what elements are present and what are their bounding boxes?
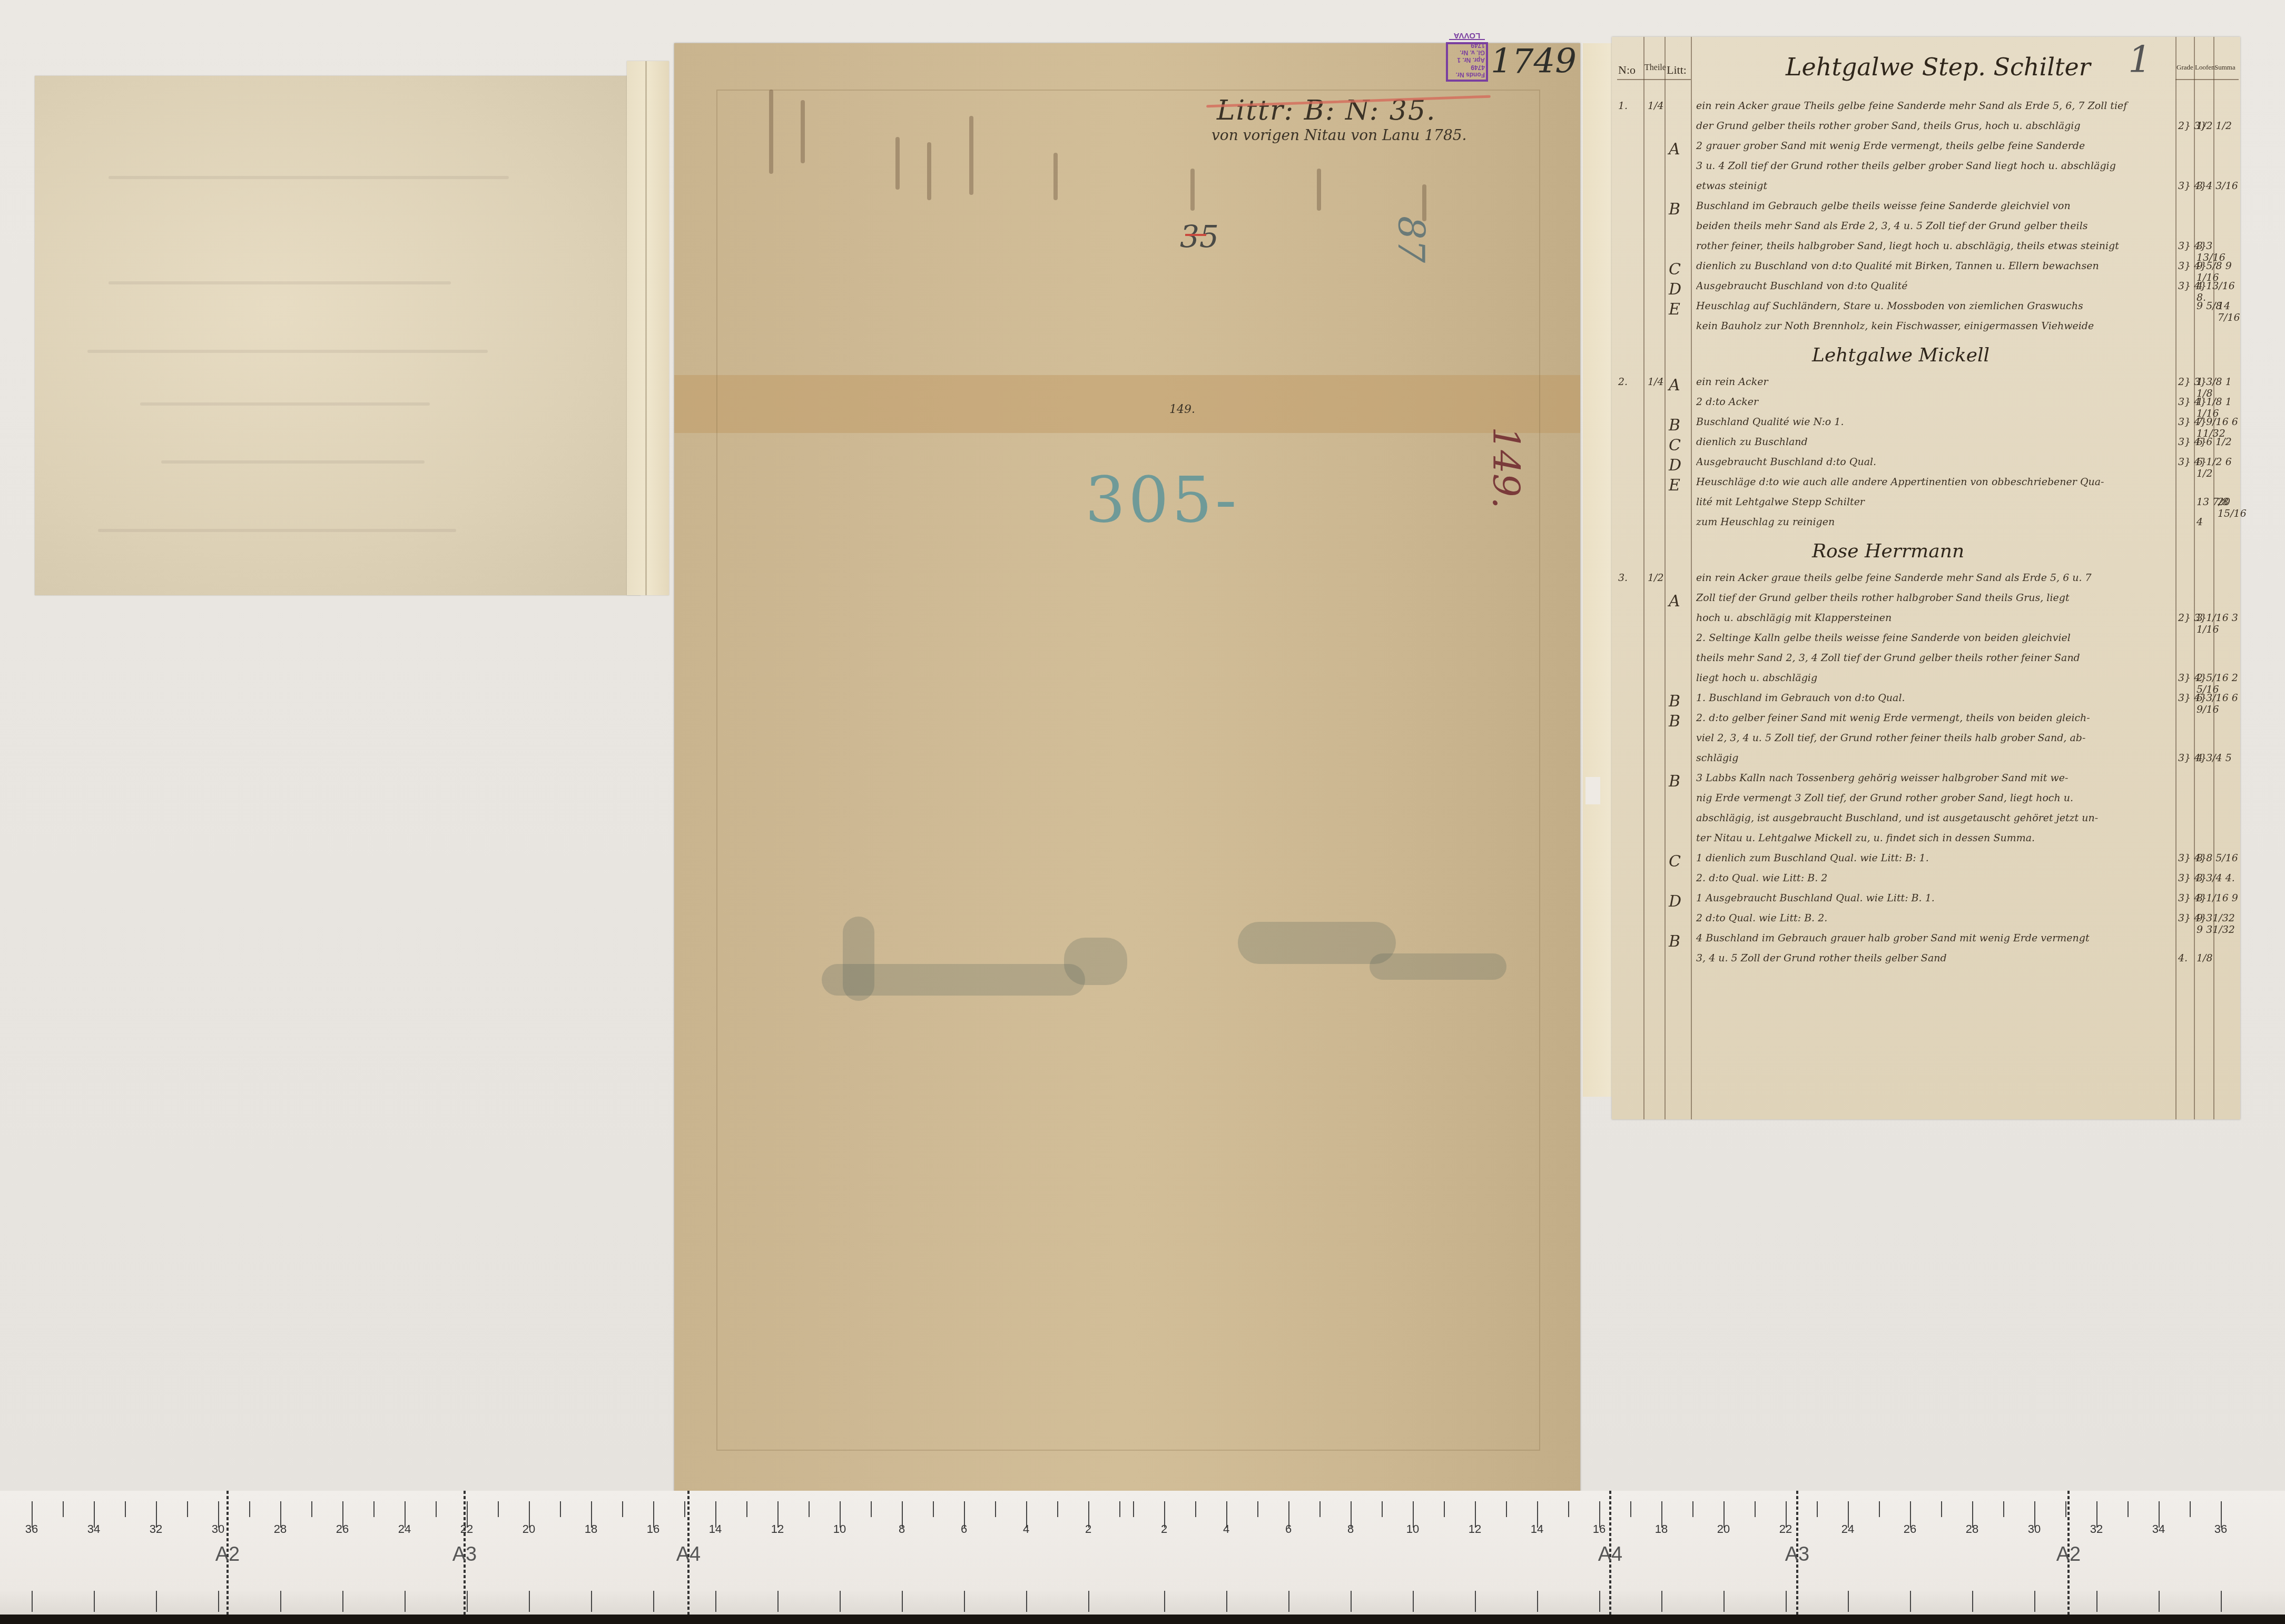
ruler-number: 30	[2028, 1522, 2041, 1536]
ruler-tick	[995, 1501, 996, 1517]
ruler-number: 14	[1531, 1522, 1543, 1536]
ruler-number: 6	[1285, 1522, 1292, 1536]
binding-strip-left	[627, 61, 669, 595]
cell-txt: 1 Ausgebraucht Buschland Qual. wie Litt:…	[1696, 892, 2165, 904]
column-header-litt: Litt:	[1667, 63, 1687, 77]
column-header-summa: Summa	[2214, 63, 2235, 72]
ruler-tick	[311, 1501, 312, 1517]
stamp-line: Gl. v. Nr. 1749	[1460, 42, 1485, 56]
ruler-tick	[373, 1501, 375, 1517]
ruler-tick	[840, 1591, 841, 1612]
paper-size-label: A3	[1785, 1543, 1809, 1566]
ruler-number: 12	[771, 1522, 784, 1536]
column-header-loofen: Loofen	[2195, 63, 2215, 72]
ruler-number: 16	[647, 1522, 659, 1536]
paper-size-label: A2	[215, 1543, 240, 1566]
cell-lit: E	[1669, 300, 1680, 319]
ruler-tick	[1288, 1591, 1289, 1612]
cell-lit: A	[1669, 376, 1680, 395]
cell-lit: C	[1669, 852, 1681, 871]
ruler-tick	[1133, 1501, 1134, 1517]
cell-txt: 3, 4 u. 5 Zoll der Grund rother theils g…	[1696, 952, 2165, 964]
ruler-tick	[2221, 1591, 2222, 1612]
ruler-number: 10	[833, 1522, 846, 1536]
cell-lit: E	[1669, 476, 1680, 495]
ruler-tick	[1195, 1501, 1196, 1517]
ruler-number: 22	[460, 1522, 473, 1536]
cell-txt: 3 Labbs Kalln nach Tossenberg gehörig we…	[1696, 772, 2165, 784]
cell-lit: B	[1669, 416, 1680, 435]
ledger-page: N:o Theile Litt: Grade Loofen Summa Leht…	[1612, 37, 2240, 1119]
header-rule	[1617, 79, 1691, 80]
ruler-shadow	[0, 1615, 2285, 1624]
cell-g2: 3 1/16 3 1/16	[2197, 612, 2240, 635]
ruler-tick	[1537, 1591, 1538, 1612]
ruler-tick	[591, 1591, 592, 1612]
cell-lit: B	[1669, 692, 1680, 711]
column-header-part: Theile	[1644, 63, 1666, 73]
ruler-number: 36	[2214, 1522, 2227, 1536]
stamp-line: Apr. Nr. 1	[1457, 56, 1485, 64]
ruler-number: 26	[336, 1522, 349, 1536]
cell-txt: 2. d:to Qual. wie Litt: B. 2	[1696, 872, 2165, 884]
ruler-tick	[1879, 1501, 1880, 1517]
ruler-tick	[529, 1591, 530, 1612]
ruler-tick	[1413, 1591, 1414, 1612]
cell-lit: D	[1669, 892, 1681, 911]
ruler-tick	[342, 1591, 343, 1612]
ruler-number: 16	[1593, 1522, 1606, 1536]
ruler-tick	[1568, 1501, 1569, 1517]
cell-txt: Buschland Qualité wie N:o 1.	[1696, 416, 2165, 428]
ruler-tick	[964, 1591, 965, 1612]
ruler-tick	[249, 1501, 250, 1517]
paper-size-label: A3	[452, 1543, 477, 1566]
ruler-tick	[653, 1591, 654, 1612]
stamp-line: Fonds Nr. 4749	[1456, 64, 1485, 78]
cell-g3: 14 7/16	[2218, 300, 2240, 323]
ruler-tick	[777, 1591, 779, 1612]
page-number: 1	[2128, 38, 2152, 81]
ruler-number: 12	[1469, 1522, 1481, 1536]
ruler-tick	[1692, 1501, 1693, 1517]
cell-lit: C	[1669, 436, 1681, 455]
column-rule	[1643, 37, 1644, 1119]
ruler-tick	[2128, 1501, 2129, 1517]
measurement-ruler: 3634323028262422201816141210864224681012…	[0, 1491, 2285, 1615]
ruler-tick	[560, 1501, 561, 1517]
bleed-through-line	[109, 176, 509, 179]
cell-txt: Ausgebraucht Buschland d:to Qual.	[1696, 456, 2165, 468]
cell-part: 1/2	[1648, 572, 1664, 584]
column-header-no: N:o	[1618, 63, 1636, 77]
paper-size-label: A4	[676, 1543, 701, 1566]
ruler-tick	[1088, 1591, 1089, 1612]
bleed-through-line	[87, 350, 488, 353]
left-faded-sheet	[35, 76, 641, 595]
cell-txt: liegt hoch u. abschlägig	[1696, 672, 2165, 684]
cell-txt: 1 dienlich zum Buschland Qual. wie Litt:…	[1696, 852, 2165, 864]
ruler-number: 4	[1223, 1522, 1229, 1536]
cell-lit: B	[1669, 772, 1680, 791]
cell-txt: kein Bauholz zur Noth Brennholz, kein Fi…	[1696, 320, 2165, 332]
cell-txt: beiden theils mehr Sand als Erde 2, 3, 4…	[1696, 220, 2165, 232]
red-vertical-number: 149.	[1484, 427, 1528, 509]
cell-g2: 8 8 5/16	[2197, 852, 2238, 864]
column-rule	[1664, 37, 1666, 1119]
ruler-number: 30	[212, 1522, 224, 1536]
ruler-number: 34	[2152, 1522, 2165, 1536]
cell-txt: ter Nitau u. Lehtgalwe Mickell zu, u. fi…	[1696, 832, 2165, 844]
ruler-number: 14	[709, 1522, 722, 1536]
cell-txt: dienlich zu Buschland von d:to Qualité m…	[1696, 260, 2165, 272]
cell-txt: schlägig	[1696, 752, 2165, 764]
ruler-tick	[933, 1501, 934, 1517]
cell-txt: abschlägig, ist ausgebraucht Buschland, …	[1696, 812, 2165, 824]
cell-g3: 20 15/16	[2218, 496, 2247, 519]
ruler-tick	[1026, 1591, 1027, 1612]
cell-lit: B	[1669, 200, 1680, 219]
ruler-tick	[1817, 1501, 1818, 1517]
cell-part: 1/4	[1648, 376, 1664, 388]
cell-txt: der Grund gelber theils rother grober Sa…	[1696, 120, 2165, 132]
ruler-number: 24	[398, 1522, 411, 1536]
cell-txt: rother feiner, theils halbgrober Sand, l…	[1696, 240, 2165, 252]
cell-g1: 4.	[2178, 952, 2188, 964]
ruler-tick	[2190, 1501, 2191, 1517]
ruler-tick	[1444, 1501, 1445, 1517]
ruler-tick	[1257, 1501, 1258, 1517]
ruler-tick	[498, 1501, 499, 1517]
ruler-number: 2	[1161, 1522, 1167, 1536]
ruler-tick	[1506, 1501, 1507, 1517]
ruler-tick	[1119, 1501, 1120, 1517]
bleed-through-line	[109, 281, 451, 284]
cell-txt: 3 u. 4 Zoll tief der Grund rother theils…	[1696, 160, 2165, 172]
ruler-number: 4	[1023, 1522, 1029, 1536]
ruler-tick	[187, 1501, 188, 1517]
cell-txt: Ausgebraucht Buschland von d:to Qualité	[1696, 280, 2165, 292]
cell-no: 1.	[1618, 100, 1628, 112]
cell-txt: 2. d:to gelber feiner Sand mit wenig Erd…	[1696, 712, 2165, 724]
ruler-tick	[32, 1591, 33, 1612]
cell-txt: ein rein Acker	[1696, 376, 2165, 388]
ruler-tick	[2096, 1591, 2097, 1612]
ruler-tick	[684, 1501, 685, 1517]
faded-pencil-scrawl	[790, 906, 1580, 1011]
ruler-number: 24	[1841, 1522, 1854, 1536]
column-header-grade: Grade	[2176, 63, 2193, 72]
cell-lit: D	[1669, 456, 1681, 475]
header-rule	[2175, 79, 2239, 80]
ruler-tick	[1910, 1591, 1911, 1612]
ruler-tick	[1755, 1501, 1756, 1517]
cell-txt: 2 d:to Qual. wie Litt: B. 2.	[1696, 912, 2165, 924]
cell-g2: 3 3/4 4.	[2197, 872, 2235, 884]
cell-txt: hoch u. abschlägig mit Klappersteinen	[1696, 612, 2165, 624]
ruler-number: 26	[1904, 1522, 1916, 1536]
cell-g2: 1/8	[2197, 952, 2213, 964]
ruler-tick	[2003, 1501, 2004, 1517]
paper-size-label: A2	[2056, 1543, 2081, 1566]
bleed-through-line	[98, 529, 456, 532]
cell-part: 1/4	[1648, 100, 1664, 112]
ruler-tick	[405, 1591, 406, 1612]
paper-size-label: A4	[1598, 1543, 1622, 1566]
cell-g2: 8 1/16 9	[2197, 892, 2238, 904]
cell-txt: viel 2, 3, 4 u. 5 Zoll tief, der Grund r…	[1696, 732, 2165, 744]
ruler-tick	[746, 1501, 747, 1517]
column-rule	[2213, 37, 2214, 1119]
ruler-tick	[871, 1501, 872, 1517]
small-page-number: 149.	[1169, 403, 1195, 416]
ruler-tick	[1319, 1501, 1321, 1517]
ruler-tick	[1941, 1501, 1942, 1517]
ruler-tick	[1661, 1591, 1662, 1612]
ruler-number: 22	[1779, 1522, 1792, 1536]
ruler-number: 20	[1717, 1522, 1730, 1536]
ruler-tick	[436, 1501, 437, 1517]
ruler-tick	[1723, 1591, 1725, 1612]
sheet-inner-frame	[716, 90, 1540, 1451]
cell-lit: B	[1669, 932, 1680, 951]
ruler-number: 8	[1347, 1522, 1354, 1536]
ruler-number: 2	[1085, 1522, 1091, 1536]
ruler-tick	[63, 1501, 64, 1517]
ruler-tick	[715, 1591, 716, 1612]
red-strikethrough	[1185, 234, 1206, 236]
cell-no: 2.	[1618, 376, 1628, 388]
ruler-tick	[2034, 1591, 2035, 1612]
ruler-tick	[94, 1591, 95, 1612]
ruler-tick	[1164, 1591, 1165, 1612]
cell-txt: theils mehr Sand 2, 3, 4 Zoll tief der G…	[1696, 652, 2165, 664]
cell-g2: 3 4 3/16	[2197, 180, 2238, 192]
ruler-tick	[1382, 1501, 1383, 1517]
bleed-through-line	[161, 460, 425, 464]
ledger-title: Lehtgalwe Step. Schilter	[1786, 53, 2091, 81]
ruler-number: 28	[1966, 1522, 1978, 1536]
section-heading: Lehtgalwe Mickell	[1812, 345, 1989, 366]
ruler-number: 34	[87, 1522, 100, 1536]
ruler-tick	[1475, 1591, 1476, 1612]
ruler-tick	[622, 1501, 623, 1517]
ink-bleed-through	[737, 90, 1580, 248]
cell-g2: 6 3/16 6 9/16	[2197, 692, 2240, 715]
cell-lit: B	[1669, 712, 1680, 731]
cell-txt: 4 Buschland im Gebrauch grauer halb grob…	[1696, 932, 2165, 944]
blue-pencil-number: 305-	[1085, 464, 1240, 537]
cell-txt: ein rein Acker graue Theils gelbe feine …	[1696, 100, 2165, 112]
cell-no: 3.	[1618, 572, 1628, 584]
cell-txt: 1. Buschland im Gebrauch von d:to Qual.	[1696, 692, 2165, 704]
ruler-tick	[218, 1591, 219, 1612]
ruler-number: 20	[523, 1522, 535, 1536]
ruler-number: 10	[1406, 1522, 1419, 1536]
column-rule	[1691, 37, 1692, 1119]
cell-txt: Zoll tief der Grund gelber theils rother…	[1696, 592, 2165, 604]
ruler-tick	[809, 1501, 810, 1517]
ruler-tick	[1972, 1591, 1973, 1612]
ruler-tick	[1599, 1591, 1600, 1612]
ruler-tick	[467, 1591, 468, 1612]
cell-txt: Heuschläge d:to wie auch alle andere App…	[1696, 476, 2165, 488]
column-rule	[2175, 37, 2176, 1119]
cell-txt: nig Erde vermengt 3 Zoll tief, der Grund…	[1696, 792, 2165, 804]
ruler-number: 18	[585, 1522, 597, 1536]
ruler-number: 32	[2090, 1522, 2103, 1536]
ruler-number: 32	[150, 1522, 162, 1536]
ruler-number: 36	[25, 1522, 38, 1536]
cell-g2: 1/2 1/2	[2197, 120, 2232, 132]
cell-lit: C	[1669, 260, 1681, 279]
ruler-tick	[1786, 1591, 1787, 1612]
grey-vertical-number: 87	[1390, 216, 1433, 263]
cell-txt: Heuschlag auf Suchländern, Stare u. Moss…	[1696, 300, 2165, 312]
cell-txt: 2 d:to Acker	[1696, 396, 2165, 408]
ruler-tick	[156, 1591, 157, 1612]
ruler-number: 18	[1655, 1522, 1668, 1536]
cell-g2: 6 1/2 6 1/2	[2197, 456, 2240, 479]
ruler-number: 8	[899, 1522, 905, 1536]
cell-g2: 6 6 1/2	[2197, 436, 2232, 448]
ruler-tick	[902, 1591, 903, 1612]
cell-lit: D	[1669, 280, 1681, 299]
cell-txt: 2. Seltinge Kalln gelbe theils weisse fe…	[1696, 632, 2165, 644]
bleed-through-line	[140, 402, 430, 406]
ruler-tick	[280, 1591, 281, 1612]
folio-number: 1749	[1491, 42, 1577, 81]
cell-lit: A	[1669, 592, 1680, 611]
cell-txt: dienlich zu Buschland	[1696, 436, 2165, 448]
ruler-number: 28	[274, 1522, 287, 1536]
cell-txt: lité mit Lehtgalwe Stepp Schilter	[1696, 496, 2165, 508]
column-rule	[2194, 37, 2195, 1119]
ruler-tick	[2065, 1501, 2066, 1517]
cell-txt: 2 grauer grober Sand mit wenig Erde verm…	[1696, 140, 2165, 152]
ruler-tick	[1057, 1501, 1058, 1517]
reference-subline: von vorigen Nitau von Lanu 1785.	[1212, 126, 1466, 144]
archive-stamp: Fonds Nr. 4749 Apr. Nr. 1 Gl. v. Nr. 174…	[1446, 42, 1488, 82]
stamp-title: LOVVA	[1449, 32, 1485, 40]
paper-tab	[1585, 777, 1600, 804]
ruler-number: 6	[961, 1522, 967, 1536]
cell-lit: A	[1669, 140, 1680, 159]
ruler-tick	[1226, 1591, 1227, 1612]
cell-txt: etwas steinigt	[1696, 180, 2165, 192]
ruler-tick	[125, 1501, 126, 1517]
cell-g2: 4	[2197, 516, 2203, 528]
ruler-tick	[2159, 1591, 2160, 1612]
cell-g2: 4 3/4 5	[2197, 752, 2232, 764]
cell-txt: Buschland im Gebrauch gelbe theils weiss…	[1696, 200, 2165, 212]
section-heading: Rose Herrmann	[1812, 540, 1964, 562]
cell-txt: zum Heuschlag zu reinigen	[1696, 516, 2165, 528]
cell-txt: ein rein Acker graue theils gelbe feine …	[1696, 572, 2165, 584]
cell-g2: 9 31/32 9 31/32	[2197, 912, 2240, 936]
ruler-tick	[1351, 1591, 1352, 1612]
ruler-tick	[1630, 1501, 1631, 1517]
ruler-tick	[1848, 1591, 1849, 1612]
pencil-number-35: 35	[1180, 219, 1219, 254]
